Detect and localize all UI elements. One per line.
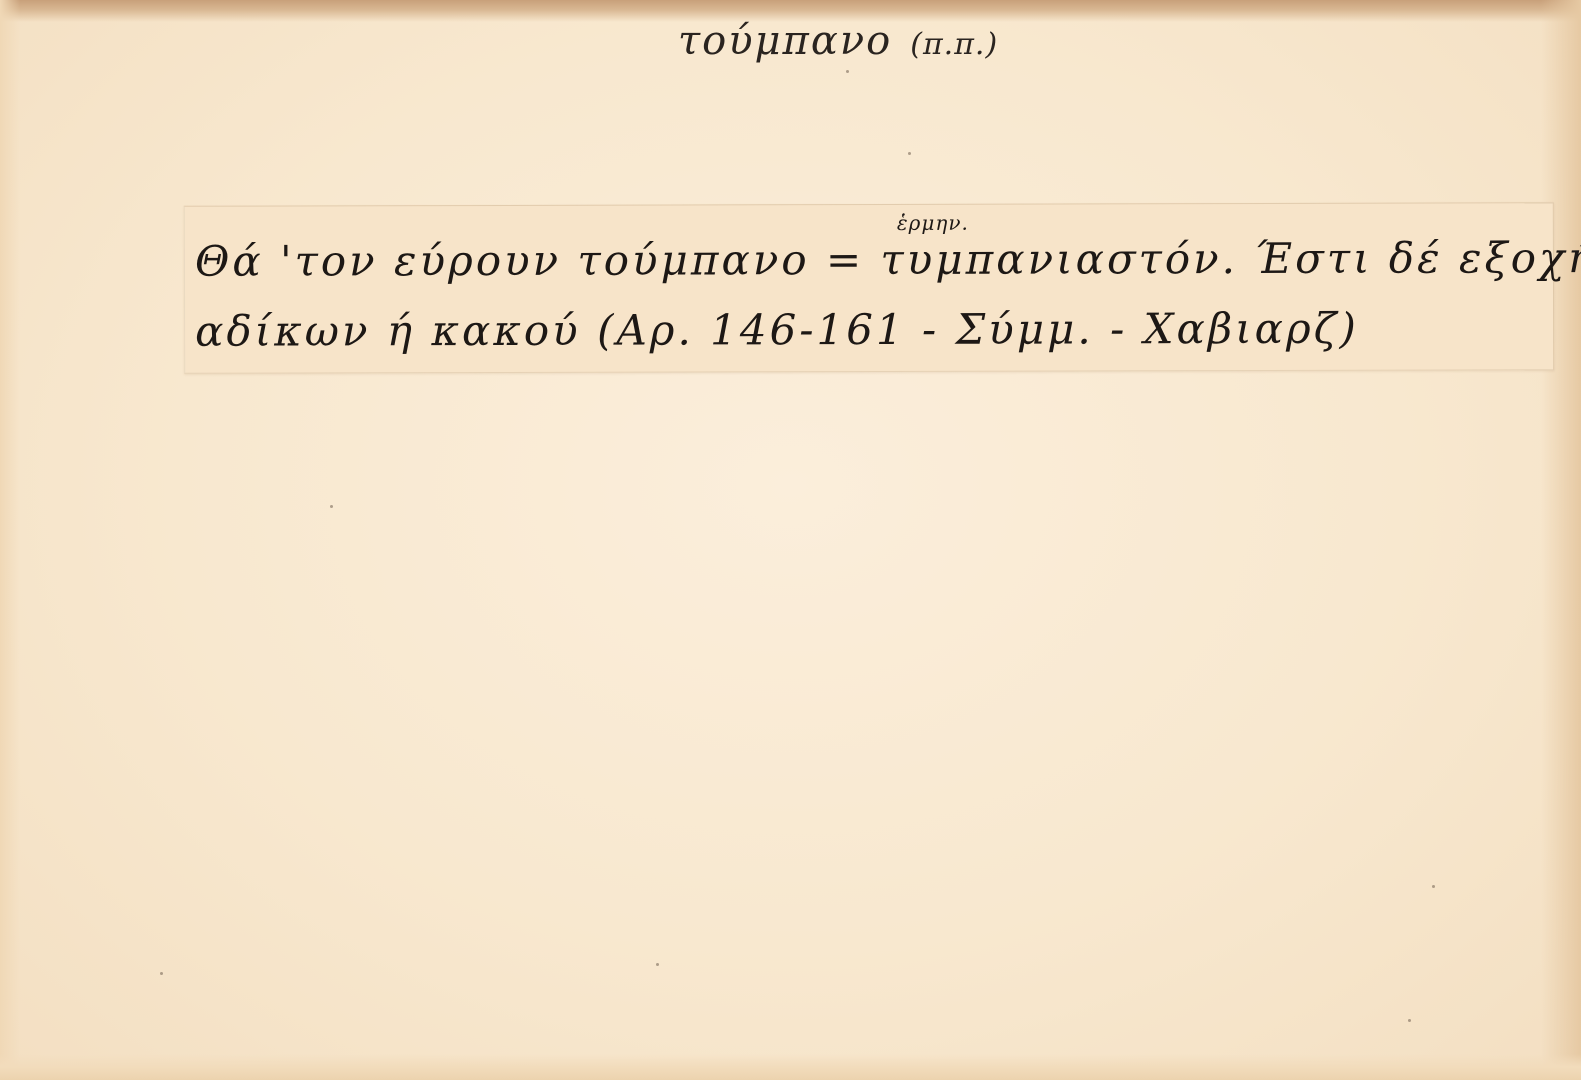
paper-speck (330, 505, 333, 508)
card-right-edge (1541, 0, 1581, 1080)
paper-speck (656, 963, 659, 966)
heading-abbreviation: (π.π.) (910, 27, 998, 62)
slip-line-1: Θά 'τον εύρουν τούμπανο = τυμπανιαστόν. … (195, 233, 1581, 286)
heading-word: τούμπανο (678, 18, 892, 64)
card-bottom-edge (0, 1054, 1581, 1080)
slip-line-2: αδίκων ή κακού (Αρ. 146-161 - Σύμμ. - Χα… (195, 304, 1359, 356)
paper-speck (1432, 885, 1435, 888)
paper-speck (160, 972, 163, 975)
paper-speck (908, 152, 911, 155)
paper-speck (846, 70, 849, 73)
card-heading: τούμπανο(π.π.) (678, 18, 998, 64)
paper-speck (1408, 1019, 1411, 1022)
slip-interlinear-note: ἑρμην. (897, 211, 969, 235)
archival-card: τούμπανο(π.π.) ἑρμην. Θά 'τον εύρουν τού… (0, 0, 1581, 1080)
card-left-edge (0, 0, 20, 1080)
pasted-slip: ἑρμην. Θά 'τον εύρουν τούμπανο = τυμπανι… (184, 202, 1554, 374)
